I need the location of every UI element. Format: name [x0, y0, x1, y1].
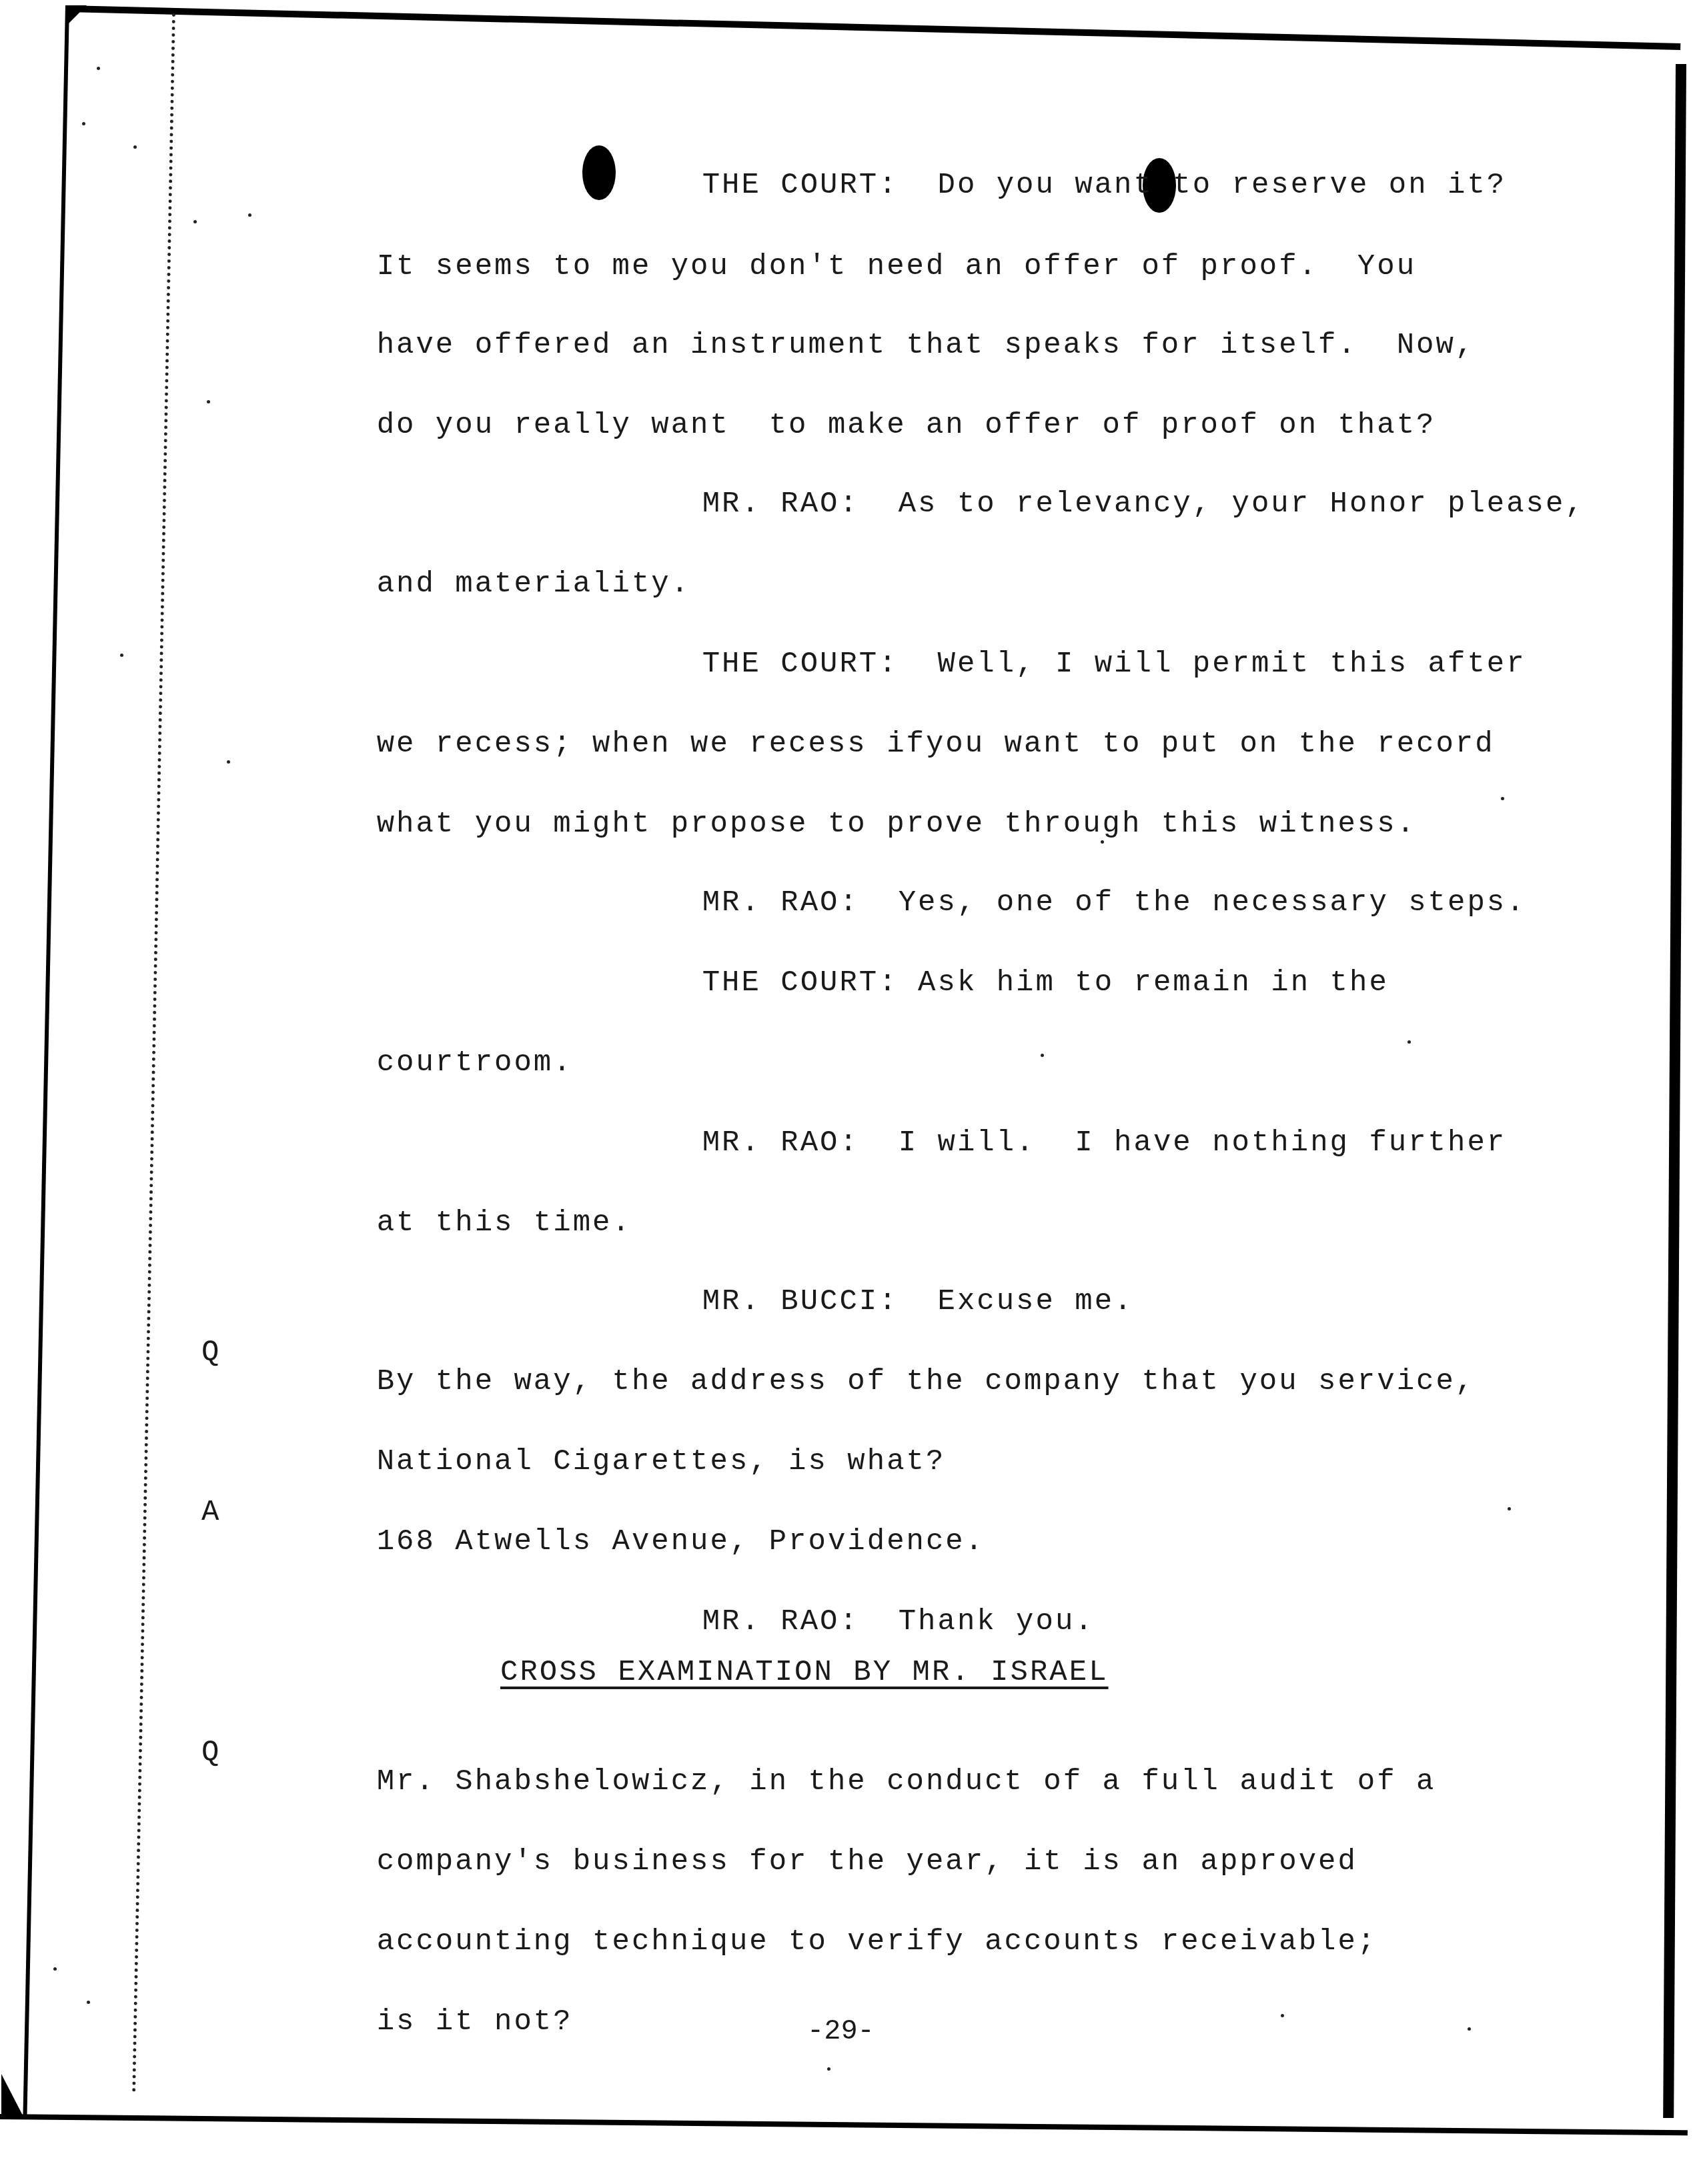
speaker-label: THE COURT: — [702, 648, 899, 681]
transcript-line: THE COURT: Ask him to remain in the — [624, 939, 1389, 1027]
question-marker: Q — [201, 1738, 219, 1767]
scan-speck — [97, 67, 100, 70]
transcript-line: and materiality. — [298, 540, 690, 628]
scan-speck — [248, 213, 251, 217]
scan-speck — [82, 122, 85, 125]
transcript-line: MR. RAO: Thank you. — [624, 1578, 1095, 1666]
line-text: Mr. Shabshelowicz, in the conduct of a f… — [377, 1765, 1436, 1799]
scan-speck — [120, 654, 123, 657]
speaker-label: MR. RAO: — [702, 1605, 859, 1639]
line-text: Well, I will permit this after — [937, 648, 1526, 681]
scan-speck — [1468, 2027, 1471, 2031]
transcript-line: Mr. Shabshelowicz, in the conduct of a f… — [298, 1738, 1436, 1826]
transcript-line: at this time. — [298, 1179, 632, 1267]
line-text: accounting technique to verify accounts … — [377, 1925, 1377, 1959]
line-text: have offered an instrument that speaks f… — [377, 329, 1476, 362]
scan-speck — [1281, 2014, 1284, 2017]
line-text: company's business for the year, it is a… — [377, 1845, 1357, 1879]
transcript-line: MR. RAO: I will. I have nothing further — [624, 1099, 1506, 1187]
line-text: at this time. — [377, 1206, 632, 1240]
scan-speck — [1501, 797, 1504, 800]
page-number: -29- — [807, 2017, 875, 2045]
line-text: do you really want to make an offer of p… — [377, 409, 1436, 442]
line-text: we recess; when we recess ifyou want to … — [377, 728, 1495, 761]
line-text: Thank you. — [899, 1605, 1095, 1639]
question-marker: Q — [201, 1338, 219, 1367]
transcript-line: what you might propose to prove through … — [298, 780, 1416, 868]
transcript-line: THE COURT: Do you want to reserve on it? — [624, 141, 1506, 229]
scan-speck — [207, 400, 210, 403]
transcript-line: MR. BUCCI: Excuse me. — [624, 1258, 1134, 1346]
transcript-line: 168 Atwells Avenue, Providence. — [298, 1498, 985, 1586]
transcript-line: have offered an instrument that speaks f… — [298, 301, 1475, 389]
transcript-body: THE COURT: Do you want to reserve on it?… — [0, 0, 1693, 2184]
line-text: I will. I have nothing further — [899, 1126, 1507, 1160]
transcript-line: THE COURT: Well, I will permit this afte… — [624, 620, 1526, 708]
line-text: is it not? — [377, 2005, 573, 2039]
transcript-line: accounting technique to verify accounts … — [298, 1898, 1377, 1986]
line-text: and materiality. — [377, 568, 690, 601]
speaker-label: MR. BUCCI: — [702, 1285, 899, 1318]
line-text: By the way, the address of the company t… — [377, 1365, 1476, 1398]
speaker-label: MR. RAO: — [702, 1126, 859, 1160]
scan-speck — [53, 1967, 57, 1971]
transcript-line: MR. RAO: As to relevancy, your Honor ple… — [624, 460, 1585, 548]
line-text: It seems to me you don't need an offer o… — [377, 250, 1416, 283]
line-text: National Cigarettes, is what? — [377, 1445, 946, 1478]
transcript-line: It seems to me you don't need an offer o… — [298, 223, 1416, 311]
line-text: Yes, one of the necessary steps. — [899, 886, 1526, 920]
line-text: courtroom. — [377, 1046, 573, 1080]
speaker-label: MR. RAO: — [702, 886, 859, 920]
line-text: what you might propose to prove through … — [377, 808, 1416, 841]
transcript-line: By the way, the address of the company t… — [298, 1338, 1475, 1426]
transcript-line: do you really want to make an offer of p… — [298, 381, 1436, 469]
scan-speck — [827, 2067, 830, 2071]
scan-speck — [193, 220, 197, 223]
speaker-label: MR. RAO: — [702, 487, 859, 521]
scan-speck — [87, 2001, 90, 2004]
scan-speck — [1101, 840, 1104, 844]
speaker-label: THE COURT: — [702, 169, 899, 202]
transcript-line: we recess; when we recess ifyou want to … — [298, 700, 1495, 788]
transcript-line: is it not? — [298, 1978, 573, 2066]
transcript-line: MR. RAO: Yes, one of the necessary steps… — [624, 859, 1526, 947]
line-text: Ask him to remain in the — [918, 966, 1389, 1000]
section-heading: CROSS EXAMINATION BY MR. ISRAEL — [500, 1658, 1109, 1687]
line-text: 168 Atwells Avenue, Providence. — [377, 1525, 985, 1558]
answer-marker: A — [201, 1498, 219, 1527]
scan-speck — [1041, 1054, 1044, 1057]
scan-speck — [133, 145, 137, 149]
scan-speck — [227, 760, 230, 764]
scan-speck — [1407, 1040, 1411, 1044]
transcript-line: company's business for the year, it is a… — [298, 1818, 1357, 1906]
line-text: Excuse me. — [937, 1285, 1133, 1318]
line-text: Do you want to reserve on it? — [937, 169, 1506, 202]
speaker-label: THE COURT: — [702, 966, 899, 1000]
transcript-line: National Cigarettes, is what? — [298, 1418, 945, 1506]
transcript-line: courtroom. — [298, 1019, 573, 1107]
scan-speck — [1508, 1507, 1511, 1510]
line-text: As to relevancy, your Honor please, — [899, 487, 1585, 521]
